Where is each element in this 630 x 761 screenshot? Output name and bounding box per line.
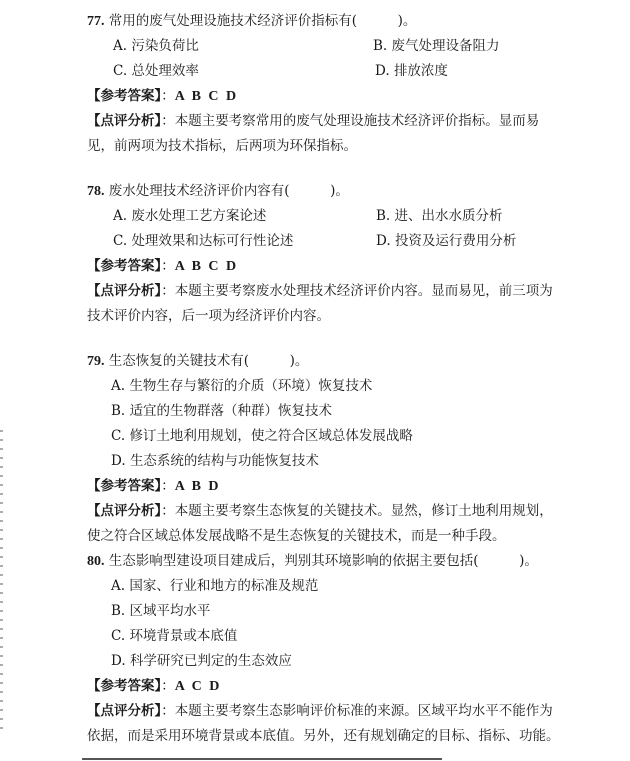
question-79-stem: 79. 生态恢复的关键技术有( )。 <box>87 352 308 371</box>
q77-analysis-line1: 【点评分析】：本题主要考察常用的废气处理设施技术经济评价指标。显而易 <box>87 112 539 130</box>
q77-option-a: A. 污染负荷比 <box>113 37 199 55</box>
q80-analysis-line2: 依据，而是采用环境背景或本底值。另外，还有规划确定的目标、指标、功能。 <box>87 727 560 745</box>
q80-option-a: A. 国家、行业和地方的标准及规范 <box>111 577 318 595</box>
q80-analysis-line1: 【点评分析】：本题主要考察生态影响评价标准的来源。区域平均水平不能作为 <box>87 702 553 720</box>
question-77-stem: 77. 常用的废气处理设施技术经济评价指标有( )。 <box>87 12 416 31</box>
q77-answer: 【参考答案】：A B C D <box>87 87 238 106</box>
q78-option-c: C. 处理效果和达标可行性论述 <box>113 232 293 250</box>
q77-option-d: D. 排放浓度 <box>375 62 448 80</box>
q79-analysis-line1: 【点评分析】：本题主要考察生态恢复的关键技术。显然，修订土地利用规划， <box>87 502 553 520</box>
q77-analysis-line2: 见，前两项为技术指标，后两项为环保指标。 <box>87 137 357 155</box>
q78-option-b: B. 进、出水水质分析 <box>376 207 503 225</box>
question-78-stem: 78. 废水处理技术经济评价内容有( )。 <box>87 182 349 201</box>
q80-option-b: B. 区域平均水平 <box>111 602 211 620</box>
bottom-rule <box>82 758 442 760</box>
q80-answer: 【参考答案】：A C D <box>87 677 221 696</box>
q77-option-b: B. 废气处理设备阻力 <box>373 37 500 55</box>
q78-option-a: A. 废水处理工艺方案论述 <box>113 207 266 225</box>
q79-answer: 【参考答案】：A B D <box>87 477 221 496</box>
question-80-stem: 80. 生态影响型建设项目建成后，判别其环境影响的依据主要包括( )。 <box>87 552 538 571</box>
document-page: 77. 常用的废气处理设施技术经济评价指标有( )。 A. 污染负荷比 B. 废… <box>0 0 630 761</box>
q79-option-b: B. 适宜的生物群落（种群）恢复技术 <box>111 402 332 420</box>
q78-answer: 【参考答案】：A B C D <box>87 257 238 276</box>
q78-analysis-line1: 【点评分析】：本题主要考察废水处理技术经济评价内容。显而易见，前三项为 <box>87 282 553 300</box>
q80-option-d: D. 科学研究已判定的生态效应 <box>111 652 292 670</box>
q79-option-a: A. 生物生存与繁衍的介质（环境）恢复技术 <box>111 377 372 395</box>
q79-analysis-line2: 使之符合区域总体发展战略不是生态恢复的关键技术，而是一种手段。 <box>87 527 506 545</box>
scan-edge-marks <box>0 430 3 730</box>
q78-option-d: D. 投资及运行费用分析 <box>376 232 516 250</box>
q79-option-d: D. 生态系统的结构与功能恢复技术 <box>111 452 319 470</box>
q79-option-c: C. 修订土地利用规划，使之符合区域总体发展战略 <box>111 427 413 445</box>
q80-option-c: C. 环境背景或本底值 <box>111 627 237 645</box>
q78-analysis-line2: 技术评价内容，后一项为经济评价内容。 <box>87 307 330 325</box>
q77-option-c: C. 总处理效率 <box>113 62 199 80</box>
